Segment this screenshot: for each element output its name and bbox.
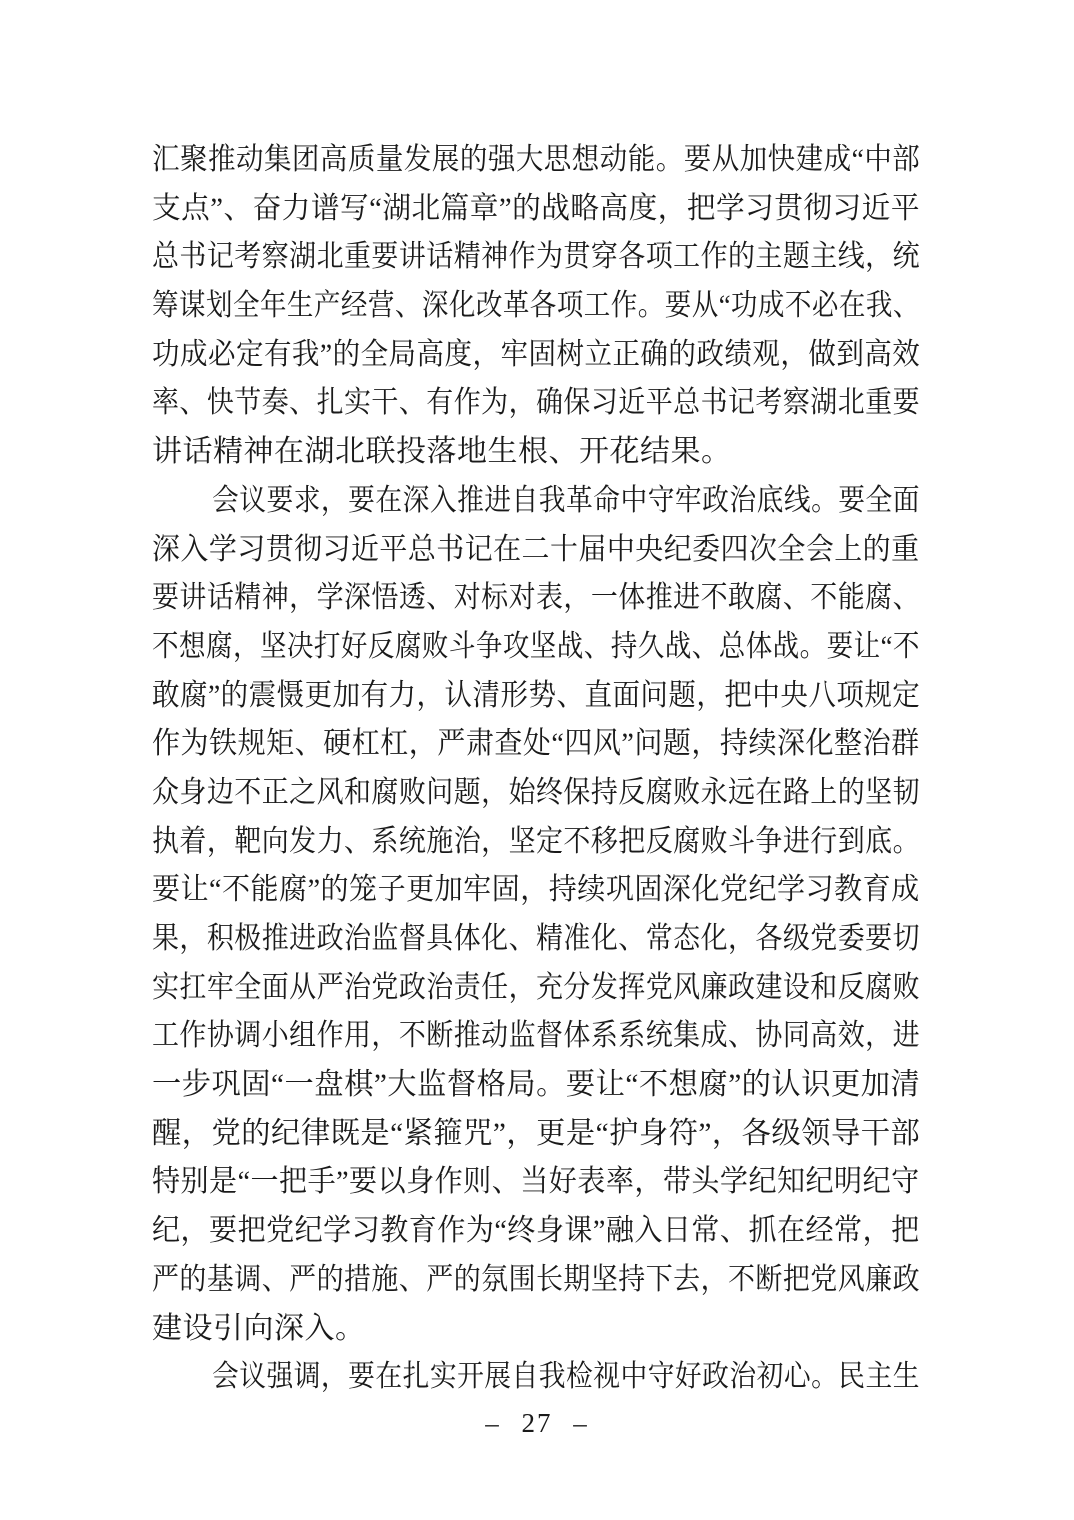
text-line: 支点”、奋力谱写“湖北篇章”的战略高度，把学习贯彻习近平 — [152, 185, 920, 234]
text-line: 功成必定有我”的全局高度，牢固树立正确的政绩观，做到高效 — [152, 331, 920, 380]
text-line: 总书记考察湖北重要讲话精神作为贯穿各项工作的主题主线，统 — [152, 233, 920, 282]
text-line: 实扛牢全面从严治党政治责任，充分发挥党风廉政建设和反腐败 — [152, 964, 920, 1013]
text-line: 执着，靶向发力、系统施治，坚定不移把反腐败斗争进行到底。 — [152, 818, 920, 867]
text-line-content: 率、快节奏、扎实干、有作为，确保习近平总书记考察湖北重要 — [152, 379, 920, 428]
text-line: 要讲话精神，学深悟透、对标对表，一体推进不敢腐、不能腐、 — [152, 574, 920, 623]
text-line-content: 会议要求，要在深入推进自我革命中守牢政治底线。要全面 — [212, 477, 920, 526]
text-line-content: 纪，要把党纪学习教育作为“终身课”融入日常、抓在经常，把 — [152, 1207, 920, 1256]
text-line: 敢腐”的震慑更加有力，认清形势、直面问题，把中央八项规定 — [152, 672, 920, 721]
text-line-content: 总书记考察湖北重要讲话精神作为贯穿各项工作的主题主线，统 — [152, 233, 920, 282]
text-line-content: 要讲话精神，学深悟透、对标对表，一体推进不敢腐、不能腐、 — [152, 574, 920, 623]
text-line-content: 筹谋划全年生产经营、深化改革各项工作。要从“功成不必在我、 — [152, 282, 920, 331]
text-line-content: 果，积极推进政治监督具体化、精准化、常态化，各级党委要切 — [152, 915, 920, 964]
paragraph-2: 会议要求，要在深入推进自我革命中守牢政治底线。要全面 深入学习贯彻习近平总书记在… — [152, 477, 920, 1353]
text-line-content: 功成必定有我”的全局高度，牢固树立正确的政绩观，做到高效 — [152, 331, 920, 380]
text-line: 率、快节奏、扎实干、有作为，确保习近平总书记考察湖北重要 — [152, 379, 920, 428]
text-line: 深入学习贯彻习近平总书记在二十届中央纪委四次全会上的重 — [152, 526, 920, 575]
document-page: 汇聚推动集团高质量发展的强大思想动能。要从加快建成“中部 支点”、奋力谱写“湖北… — [0, 0, 1074, 1520]
text-line: 作为铁规矩、硬杠杠，严肃查处“四风”问题，持续深化整治群 — [152, 720, 920, 769]
text-line-content: 醒，党的纪律既是“紧箍咒”，更是“护身符”，各级领导干部 — [152, 1110, 920, 1159]
text-line: 工作协调小组作用，不断推动监督体系系统集成、协同高效，进 — [152, 1012, 920, 1061]
text-line: 纪，要把党纪学习教育作为“终身课”融入日常、抓在经常，把 — [152, 1207, 920, 1256]
text-line: 果，积极推进政治监督具体化、精准化、常态化，各级党委要切 — [152, 915, 920, 964]
text-line-content: 支点”、奋力谱写“湖北篇章”的战略高度，把学习贯彻习近平 — [152, 185, 920, 234]
text-line-content: 作为铁规矩、硬杠杠，严肃查处“四风”问题，持续深化整治群 — [152, 720, 920, 769]
text-line-content: 实扛牢全面从严治党政治责任，充分发挥党风廉政建设和反腐败 — [152, 964, 920, 1013]
text-line: 一步巩固“一盘棋”大监督格局。要让“不想腐”的认识更加清 — [152, 1061, 920, 1110]
text-line-content: 一步巩固“一盘棋”大监督格局。要让“不想腐”的认识更加清 — [152, 1061, 920, 1110]
text-line-content: 众身边不正之风和腐败问题，始终保持反腐败永远在路上的坚韧 — [152, 769, 920, 818]
paragraph-3: 会议强调，要在扎实开展自我检视中守好政治初心。民主生 — [152, 1353, 920, 1402]
text-line-content: 严的基调、严的措施、严的氛围长期坚持下去，不断把党风廉政 — [152, 1256, 920, 1305]
paragraph-1: 汇聚推动集团高质量发展的强大思想动能。要从加快建成“中部 支点”、奋力谱写“湖北… — [152, 136, 920, 477]
text-line-content: 建设引向深入。 — [152, 1305, 366, 1354]
text-line-content: 敢腐”的震慑更加有力，认清形势、直面问题，把中央八项规定 — [152, 672, 920, 721]
text-line-content: 会议强调，要在扎实开展自我检视中守好政治初心。民主生 — [212, 1353, 920, 1402]
text-line: 不想腐，坚决打好反腐败斗争攻坚战、持久战、总体战。要让“不 — [152, 623, 920, 672]
text-line-content: 特别是“一把手”要以身作则、当好表率，带头学纪知纪明纪守 — [152, 1158, 920, 1207]
text-line: 严的基调、严的措施、严的氛围长期坚持下去，不断把党风廉政 — [152, 1256, 920, 1305]
document-body: 汇聚推动集团高质量发展的强大思想动能。要从加快建成“中部 支点”、奋力谱写“湖北… — [152, 136, 920, 1402]
text-line: 筹谋划全年生产经营、深化改革各项工作。要从“功成不必在我、 — [152, 282, 920, 331]
text-line: 会议要求，要在深入推进自我革命中守牢政治底线。要全面 — [152, 477, 920, 526]
text-line-content: 不想腐，坚决打好反腐败斗争攻坚战、持久战、总体战。要让“不 — [152, 623, 920, 672]
text-line-content: 深入学习贯彻习近平总书记在二十届中央纪委四次全会上的重 — [152, 526, 920, 575]
text-line-content: 要让“不能腐”的笼子更加牢固，持续巩固深化党纪学习教育成 — [152, 866, 920, 915]
text-line-content: 执着，靶向发力、系统施治，坚定不移把反腐败斗争进行到底。 — [152, 818, 920, 867]
text-line: 众身边不正之风和腐败问题，始终保持反腐败永远在路上的坚韧 — [152, 769, 920, 818]
page-footer: – 27 – — [0, 1408, 1074, 1439]
text-line: 要让“不能腐”的笼子更加牢固，持续巩固深化党纪学习教育成 — [152, 866, 920, 915]
text-line: 讲话精神在湖北联投落地生根、开花结果。 — [152, 428, 920, 477]
text-line-content: 工作协调小组作用，不断推动监督体系系统集成、协同高效，进 — [152, 1012, 920, 1061]
text-line: 特别是“一把手”要以身作则、当好表率，带头学纪知纪明纪守 — [152, 1158, 920, 1207]
text-line: 会议强调，要在扎实开展自我检视中守好政治初心。民主生 — [152, 1353, 920, 1402]
text-line-content: 汇聚推动集团高质量发展的强大思想动能。要从加快建成“中部 — [152, 136, 920, 185]
text-line: 汇聚推动集团高质量发展的强大思想动能。要从加快建成“中部 — [152, 136, 920, 185]
text-line-content: 讲话精神在湖北联投落地生根、开花结果。 — [152, 428, 732, 477]
text-line: 醒，党的纪律既是“紧箍咒”，更是“护身符”，各级领导干部 — [152, 1110, 920, 1159]
text-line: 建设引向深入。 — [152, 1305, 920, 1354]
page-number: – 27 – — [485, 1408, 589, 1438]
